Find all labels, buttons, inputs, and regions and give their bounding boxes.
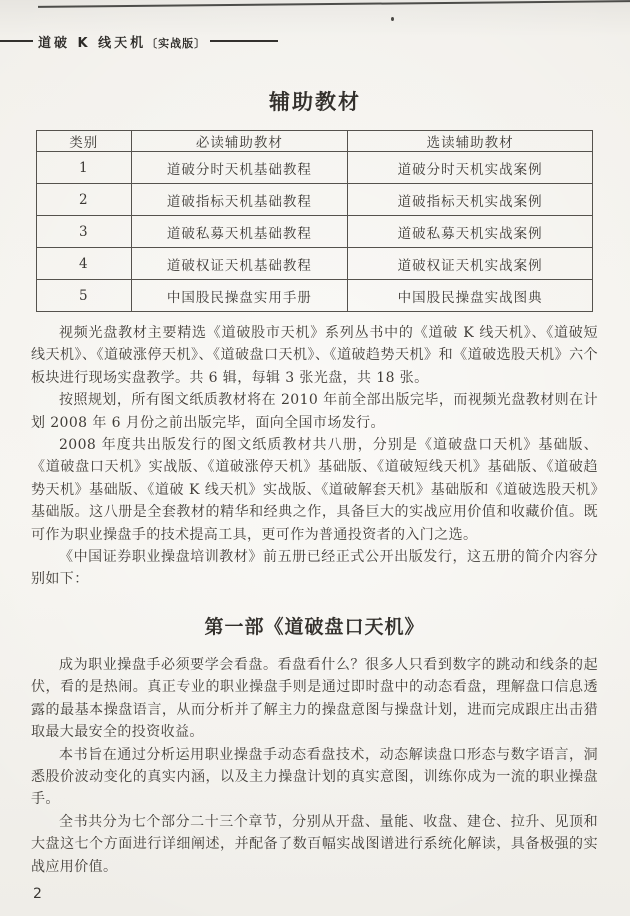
paragraph-publishing-plan: 按照规划，所有图文纸质教材将在 2010 年前全部出版完毕，而视频光盘教材则在计… — [31, 389, 598, 434]
scan-edge-top — [38, 0, 630, 8]
cell-category: 1 — [37, 152, 132, 184]
page-title: 辅助教材 — [0, 86, 630, 116]
cell-optional: 道破权证天机实战案例 — [348, 248, 593, 280]
column-header-optional: 选读辅助教材 — [348, 131, 593, 152]
section-paragraph-book-structure: 全书共分为七个部分二十三个章节，分别从开盘、量能、收盘、建仓、拉升、见顶和大盘这… — [31, 811, 598, 878]
running-header: 道破 K 线天机〔实战版〕 — [0, 33, 278, 49]
body-content: 视频光盘教材主要精选《道破股市天机》系列丛书中的《道破 K 线天机》、《道破短线… — [31, 322, 598, 878]
section-title: 第一部《道破盘口天机》 — [31, 612, 598, 639]
cell-optional: 道破分时天机实战案例 — [348, 152, 593, 184]
cell-optional: 道破指标天机实战案例 — [348, 184, 593, 216]
header-rule-right — [210, 40, 278, 42]
cell-category: 2 — [37, 184, 132, 216]
table-row: 5 中国股民操盘实用手册 中国股民操盘实战图典 — [37, 280, 593, 312]
cell-category: 4 — [37, 248, 132, 280]
table-header-row: 类别 必读辅助教材 选读辅助教材 — [37, 131, 593, 152]
paragraph-video-discs: 视频光盘教材主要精选《道破股市天机》系列丛书中的《道破 K 线天机》、《道破短线… — [31, 322, 598, 389]
section-paragraph-watch-market: 成为职业操盘手必须要学会看盘。看盘看什么？很多人只看到数字的跳动和线条的起伏，看… — [31, 654, 598, 744]
book-title-text: 道破 K 线天机 — [38, 36, 146, 51]
paragraph-first-five-volumes: 《中国证券职业操盘培训教材》前五册已经正式公开出版发行，这五册的简介内容分别如下… — [31, 546, 598, 591]
cell-required: 道破指标天机基础教程 — [131, 184, 348, 216]
cell-required: 道破权证天机基础教程 — [131, 248, 348, 280]
cell-required: 中国股民操盘实用手册 — [131, 280, 348, 312]
table-row: 1 道破分时天机基础教程 道破分时天机实战案例 — [37, 152, 593, 184]
cell-category: 3 — [37, 216, 132, 248]
table-row: 4 道破权证天机基础教程 道破权证天机实战案例 — [37, 248, 593, 280]
cell-optional: 道破私募天机实战案例 — [348, 216, 593, 248]
column-header-category: 类别 — [37, 131, 132, 152]
running-header-title: 道破 K 线天机〔实战版〕 — [38, 32, 206, 51]
page-number: 2 — [33, 886, 42, 902]
cell-required: 道破私募天机基础教程 — [131, 216, 348, 248]
auxiliary-textbook-table: 类别 必读辅助教材 选读辅助教材 1 道破分时天机基础教程 道破分时天机实战案例… — [36, 130, 593, 312]
cell-optional: 中国股民操盘实战图典 — [348, 280, 593, 312]
cell-category: 5 — [37, 280, 132, 312]
scan-speck — [391, 17, 394, 21]
table-row: 2 道破指标天机基础教程 道破指标天机实战案例 — [37, 184, 593, 216]
book-page: 道破 K 线天机〔实战版〕 辅助教材 类别 必读辅助教材 选读辅助教材 1 道破… — [0, 0, 630, 916]
table-row: 3 道破私募天机基础教程 道破私募天机实战案例 — [37, 216, 593, 248]
column-header-required: 必读辅助教材 — [131, 131, 348, 152]
cell-required: 道破分时天机基础教程 — [131, 152, 348, 184]
header-rule-left — [0, 40, 33, 42]
book-edition-text: 〔实战版〕 — [146, 37, 206, 50]
paragraph-2008-editions: 2008 年度共出版发行的图文纸质教材共八册，分别是《道破盘口天机》基础版、《道… — [31, 434, 598, 546]
section-paragraph-book-aim: 本书旨在通过分析运用职业操盘手动态看盘技术，动态解读盘口形态与数字语言，洞悉股价… — [31, 744, 598, 811]
